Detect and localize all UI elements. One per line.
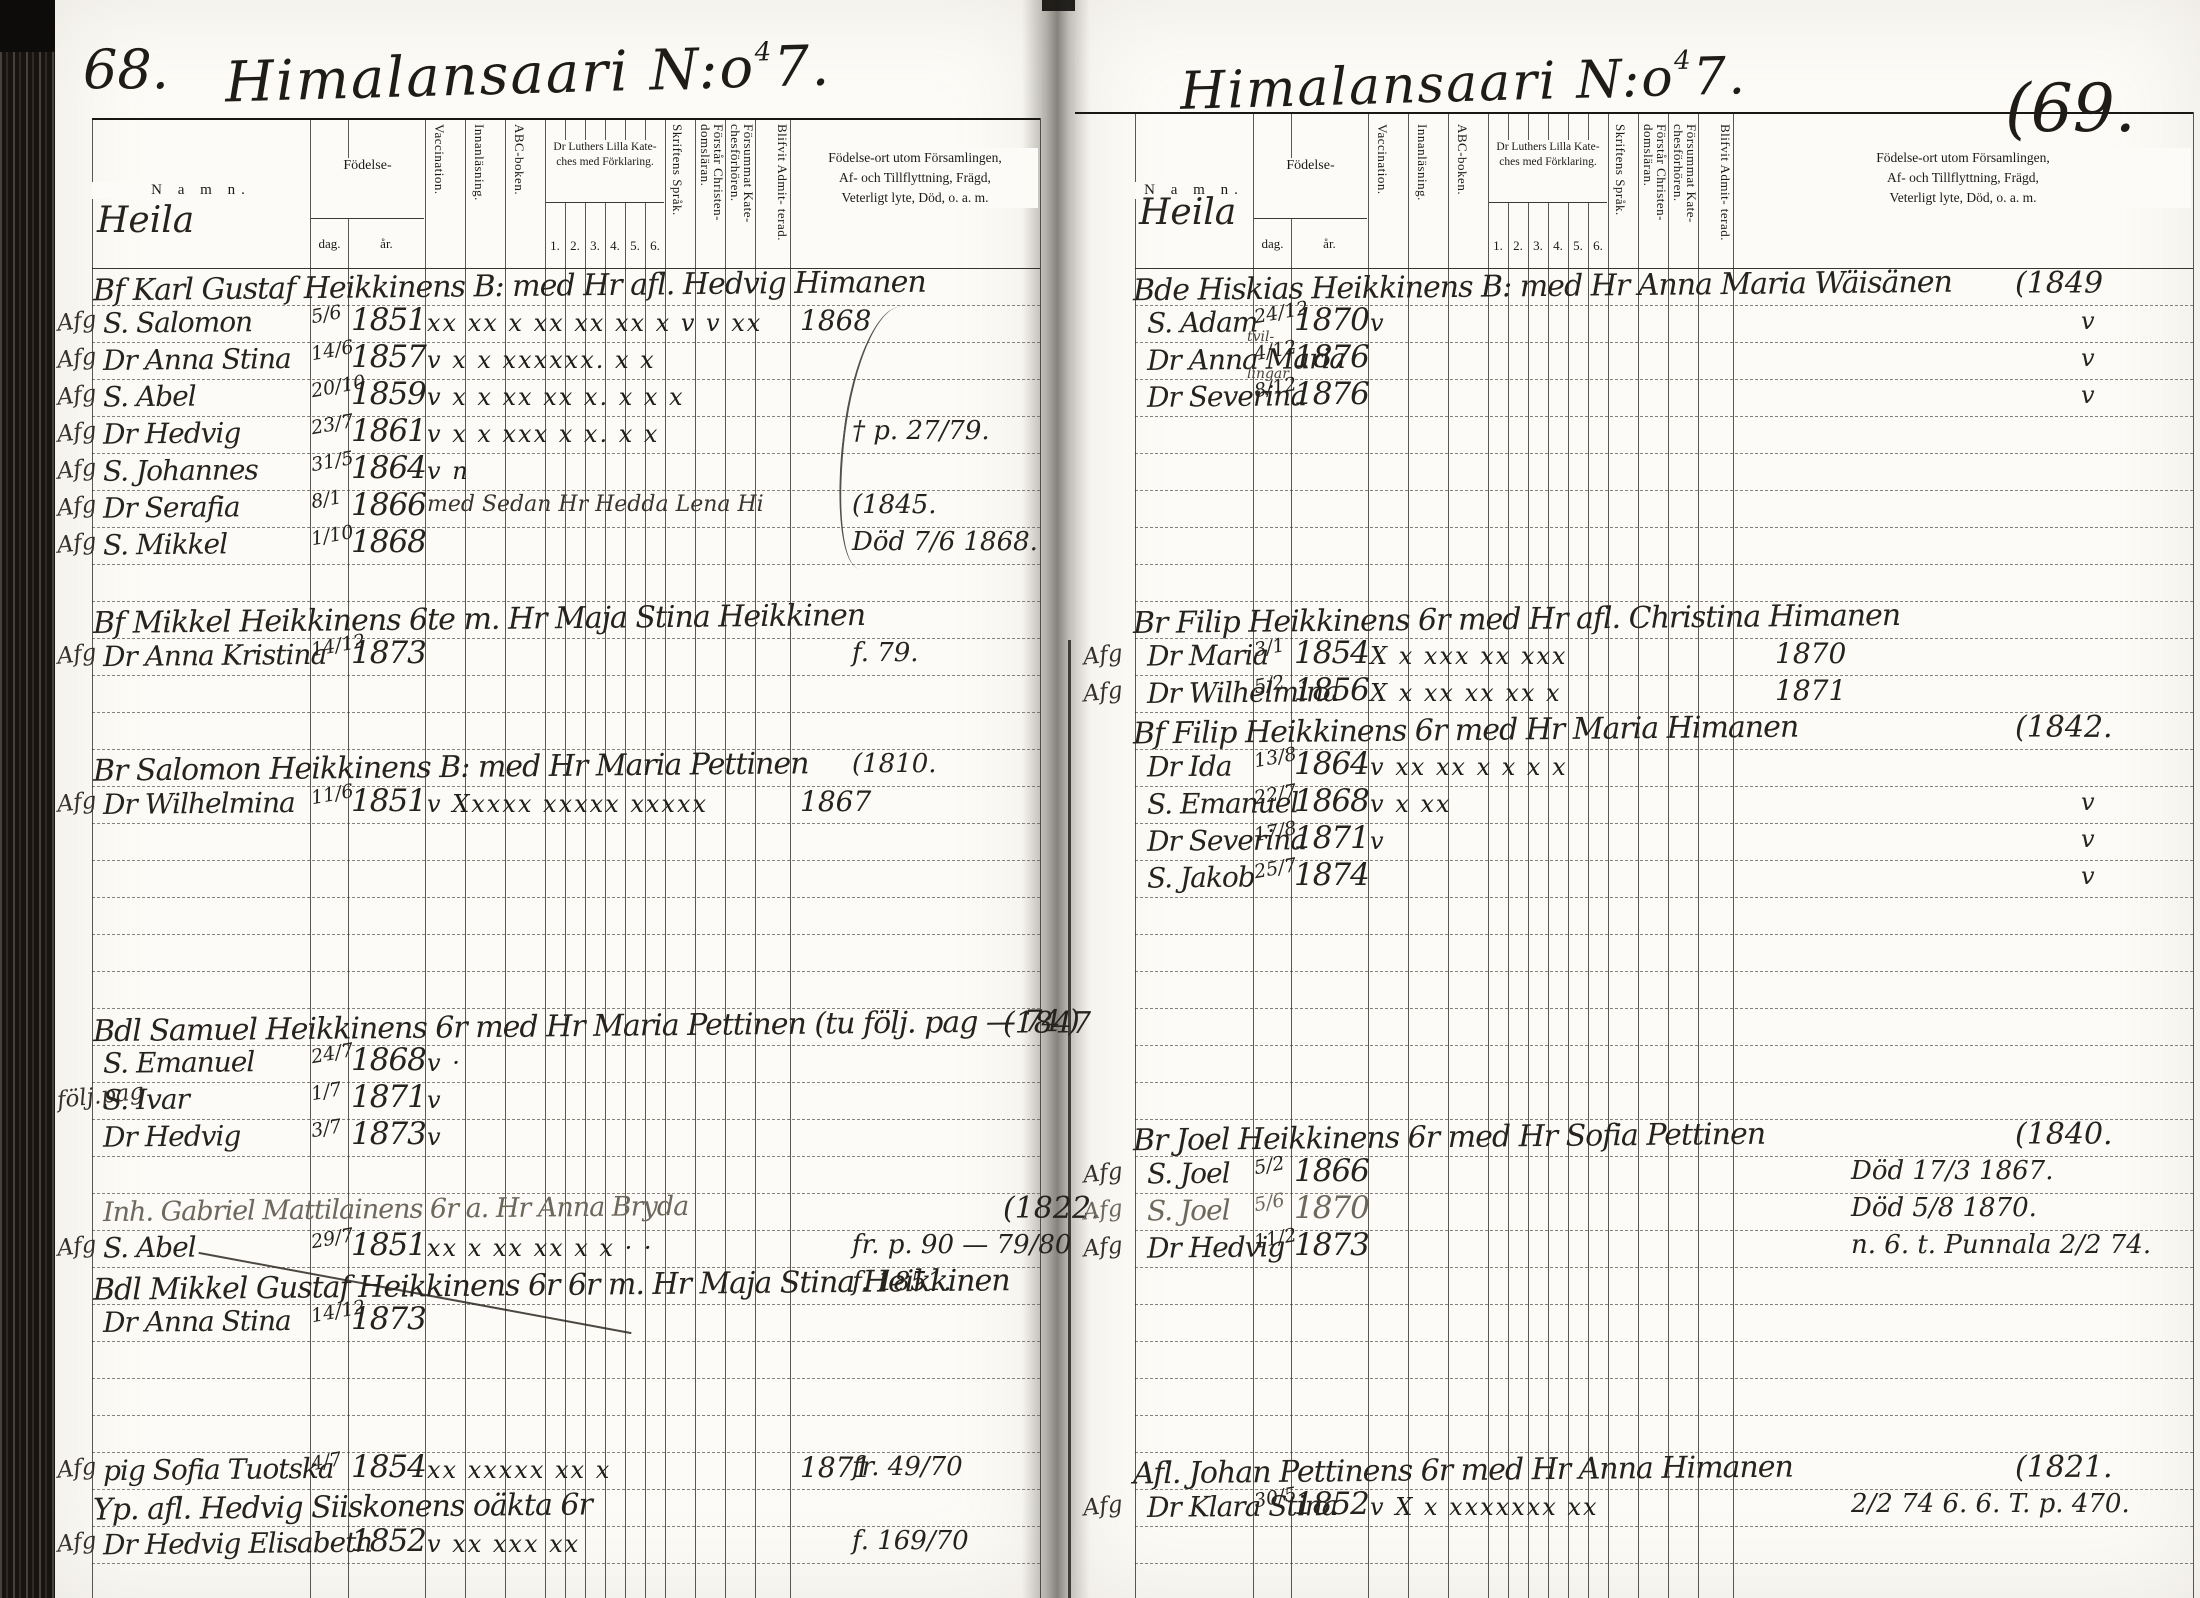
row-rule bbox=[1135, 1563, 2193, 1564]
village-name: Heila bbox=[97, 200, 194, 241]
birth-year: 1868 bbox=[351, 524, 426, 560]
person-name: Dr Maria bbox=[1147, 638, 1268, 672]
row-rule bbox=[92, 897, 1040, 898]
col-header-fodelse: Födelse- bbox=[311, 158, 424, 219]
record-row: Dr Anna Stina 14/12 1873 bbox=[55, 1304, 1042, 1341]
scanned-church-record-spread: 68. Himalansaari N:o47. Heila N a m n. F… bbox=[0, 0, 2200, 1598]
page-title-sup: 4 bbox=[754, 37, 773, 68]
col-header-dag: dag. bbox=[1254, 236, 1291, 252]
exam-marks: v bbox=[1370, 827, 1740, 855]
birth-year: 1874 bbox=[1294, 857, 1369, 893]
margin-note: följ.pag bbox=[56, 1084, 93, 1113]
col-header-forstar: Förstår Christen- domsläran. bbox=[697, 124, 725, 266]
exam-marks: xx xx x xx xx xx x v v xx bbox=[427, 309, 797, 337]
row-rule bbox=[1135, 971, 2193, 972]
col-header-remarks: Födelse-ort utom Församlingen, Af- och T… bbox=[1735, 148, 2191, 208]
col-header-forsummat: Försummat Kate- chesförhören. bbox=[1670, 124, 1698, 266]
birth-year: 1870 bbox=[1294, 1190, 1369, 1226]
col-header-innanlasning: Innanläsning. bbox=[473, 124, 486, 266]
table-top-rule bbox=[92, 118, 1040, 120]
col-header-blifvit: Blifvit Admit- terad. bbox=[1702, 124, 1732, 266]
remark-year: 1871 bbox=[1775, 674, 1846, 707]
margin-note: Afg bbox=[56, 492, 93, 521]
col-header-abc-boken: ABC-boken. bbox=[1456, 124, 1469, 266]
record-row: Afg S. Johannes 31/5 1864 v n bbox=[55, 453, 1042, 490]
remarks-line1: Födelse-ort utom Församlingen, bbox=[828, 150, 1002, 165]
far-right-note: (1847 bbox=[1003, 1006, 1091, 1041]
exam-marks: v xx xx x x x x bbox=[1370, 753, 1740, 781]
record-row: Br Joel Heikkinens 6r med Hr Sofia Petti… bbox=[1075, 1119, 2200, 1156]
birth-day: 23/7 bbox=[309, 411, 350, 439]
person-name: Br Joel Heikkinens 6r med Hr Sofia Petti… bbox=[1133, 1117, 1765, 1159]
remark-note: n. 6. t. Punnala 2/2 74. bbox=[1851, 1230, 2151, 1260]
exam-marks: v x x xxxxxx. x x bbox=[427, 346, 797, 374]
row-rule bbox=[92, 1415, 1040, 1416]
record-row: Dr Severina lingar 8/12 1876 v bbox=[1075, 379, 2200, 416]
record-row: Br Filip Heikkinens 6r med Hr afl. Chris… bbox=[1075, 601, 2200, 638]
check-mark: v bbox=[2081, 344, 2095, 372]
exam-marks: xx x xx xx x x · · bbox=[427, 1234, 797, 1262]
check-mark: v bbox=[2081, 381, 2095, 409]
record-row: Afg Dr Hedvig 11/2 1873 n. 6. t. Punnala… bbox=[1075, 1230, 2200, 1267]
far-right-note: (1842. bbox=[2015, 710, 2113, 745]
record-row: Afg S. Mikkel 1/10 1868 Död 7/6 1868. bbox=[55, 527, 1042, 564]
remark-note: f. 79. bbox=[852, 638, 919, 668]
birth-year: 1864 bbox=[1294, 746, 1369, 782]
person-name: Bde Hiskias Heikkinens B: med Hr Anna Ma… bbox=[1133, 265, 1952, 309]
person-name: S. Abel bbox=[103, 380, 196, 414]
margin-note: Afg bbox=[56, 381, 93, 410]
row-rule bbox=[92, 712, 1040, 713]
page-title: Himalansaari N:o47. bbox=[224, 34, 832, 116]
margin-note: Afg bbox=[56, 640, 93, 669]
col-header-k4: 4. bbox=[1548, 238, 1568, 254]
person-name: S. Ivar bbox=[103, 1083, 189, 1117]
col-header-k2: 2. bbox=[1508, 238, 1528, 254]
person-name: Br Filip Heikkinens 6r med Hr afl. Chris… bbox=[1133, 598, 1900, 641]
col-header-k1: 1. bbox=[545, 238, 565, 254]
birth-year: 1851 bbox=[351, 302, 426, 338]
record-row: Dr Severina 17/8 1871 v v bbox=[1075, 823, 2200, 860]
row-rule bbox=[1135, 1045, 2193, 1046]
row-rule bbox=[1135, 490, 2193, 491]
col-header-ar: år. bbox=[1292, 236, 1367, 252]
margin-note: Afg bbox=[1082, 1158, 1132, 1189]
row-rule bbox=[1135, 1341, 2193, 1342]
record-row: Afg pig Sofia Tuotska 4/7 1854 xx xxxxx … bbox=[55, 1452, 1042, 1489]
birth-year: 1873 bbox=[351, 1301, 426, 1337]
row-rule bbox=[1135, 527, 2193, 528]
person-name: Bdl Samuel Heikkinens 6r med Hr Maria Pe… bbox=[93, 1004, 1079, 1049]
birth-day: 24/7 bbox=[309, 1040, 350, 1068]
row-rule bbox=[92, 971, 1040, 972]
margin-note: Afg bbox=[56, 529, 93, 558]
person-name: Inh. Gabriel Mattilainens 6r a. Hr Anna … bbox=[103, 1191, 689, 1228]
page-right: Himalansaari N:o47. (69. Heila N a m n. … bbox=[1075, 0, 2200, 1598]
row-rule bbox=[92, 1341, 1040, 1342]
birth-day: 20/10 bbox=[309, 374, 350, 402]
page-title-sup: 4 bbox=[1674, 46, 1693, 77]
row-rule bbox=[92, 1156, 1040, 1157]
birth-year: 1859 bbox=[351, 376, 426, 412]
col-header-abc-boken: ABC-boken. bbox=[513, 124, 526, 266]
record-row: Bf Mikkel Heikkinens 6te m. Hr Maja Stin… bbox=[55, 601, 1042, 638]
margin-note: Afg bbox=[56, 344, 93, 373]
check-mark: v bbox=[2081, 825, 2095, 853]
col-header-ar: år. bbox=[349, 236, 424, 252]
record-row: S. Jakob 25/7 1874 v bbox=[1075, 860, 2200, 897]
record-row: S. Adam 24/12 1870 v v bbox=[1075, 305, 2200, 342]
row-rule bbox=[1135, 897, 2193, 898]
person-name: Dr Hedvig bbox=[103, 416, 241, 450]
check-mark: v bbox=[2081, 307, 2095, 335]
col-header-dag: dag. bbox=[311, 236, 348, 252]
col-header-k3: 3. bbox=[1528, 238, 1548, 254]
remark-year: 1870 bbox=[1775, 637, 1846, 670]
exam-marks: v bbox=[427, 1086, 797, 1114]
birth-day: 11/2 bbox=[1252, 1225, 1293, 1253]
person-name: Dr Anna Stina bbox=[103, 342, 291, 377]
margin-note: Afg bbox=[56, 418, 93, 447]
person-name: S. Emanuel bbox=[103, 1045, 255, 1080]
row-rule bbox=[1135, 564, 2193, 565]
remarks-line2: Af- och Tillflyttning, Frägd, bbox=[839, 170, 991, 185]
person-name: S. Abel bbox=[103, 1231, 196, 1265]
col-header-kateches: Dr Luthers Lilla Kate- ches med Förklari… bbox=[546, 140, 664, 203]
person-name: pig Sofia Tuotska bbox=[103, 1452, 334, 1487]
margin-note: Afg bbox=[56, 788, 93, 817]
birth-year: 1876 bbox=[1294, 376, 1369, 412]
birth-year: 1852 bbox=[1294, 1486, 1369, 1522]
person-name: Bf Karl Gustaf Heikkinens B: med Hr afl.… bbox=[93, 265, 926, 309]
col-header-forstar: Förstår Christen- domsläran. bbox=[1640, 124, 1668, 266]
row-rule bbox=[1135, 1378, 2193, 1379]
birth-day: 3/1 bbox=[1252, 633, 1293, 661]
record-row: Dr Hedvig 3/7 1873 v bbox=[55, 1119, 1042, 1156]
record-row: Inh. Gabriel Mattilainens 6r a. Hr Anna … bbox=[55, 1193, 1042, 1230]
far-right-note: (1849 bbox=[2015, 266, 2103, 301]
birth-day: 14/6 bbox=[309, 337, 350, 365]
col-header-k5: 5. bbox=[625, 238, 645, 254]
birth-year: 1873 bbox=[351, 1116, 426, 1152]
record-row: Yp. afl. Hedvig Siiskonens oäkta 6r bbox=[55, 1489, 1042, 1526]
birth-day: 31/5 bbox=[309, 448, 350, 476]
page-number: 68. bbox=[83, 38, 169, 101]
kateches-line2: ches med Förklaring. bbox=[556, 156, 653, 168]
kateches-line1: Dr Luthers Lilla Kate- bbox=[553, 141, 656, 153]
check-mark: v bbox=[2081, 862, 2095, 890]
birth-year: 1868 bbox=[351, 1042, 426, 1078]
village-name: Heila bbox=[1139, 192, 1236, 233]
margin-note: Afg bbox=[56, 1528, 93, 1557]
record-row: Afg Dr Wilhelmina 11/6 1851 v Xxxxx xxxx… bbox=[55, 786, 1042, 823]
birth-year: 1873 bbox=[1294, 1227, 1369, 1263]
record-row: Afg Dr Anna Kristina 14/12 1873 f. 79. bbox=[55, 638, 1042, 675]
record-row: Dr Anna Maria tvil- 4/12 1876 v bbox=[1075, 342, 2200, 379]
row-rule bbox=[1135, 1082, 2193, 1083]
record-row: S. Emanuel 22/7 1868 v x xx v bbox=[1075, 786, 2200, 823]
birth-day: 25/7 bbox=[1252, 855, 1293, 883]
row-rule bbox=[1135, 1304, 2193, 1305]
birth-year: 1871 bbox=[1294, 820, 1369, 856]
record-row: Afg S. Joel 5/2 1866 Död 17/3 1867. bbox=[1075, 1156, 2200, 1193]
remarks-line3: Veterligt lyte, Död, o. a. m. bbox=[842, 190, 989, 205]
row-rule bbox=[92, 675, 1040, 676]
margin-note: Afg bbox=[1082, 1232, 1132, 1263]
margin-note: Afg bbox=[1082, 1195, 1132, 1226]
col-header-k3: 3. bbox=[585, 238, 605, 254]
kateches-line2: ches med Förklaring. bbox=[1499, 156, 1596, 168]
inline-note: med Sedan Hr Hedda Lena Hi bbox=[427, 492, 764, 517]
person-name: Bf Filip Heikkinens 6r med Hr Maria Hima… bbox=[1133, 710, 1799, 752]
row-rule bbox=[92, 823, 1040, 824]
birth-year: 1851 bbox=[351, 1227, 426, 1263]
person-name: Dr Serafia bbox=[103, 490, 240, 524]
row-rule bbox=[1135, 1267, 2193, 1268]
remark-year: 1868 bbox=[800, 304, 871, 337]
exam-marks: v x xx bbox=[1370, 790, 1740, 818]
record-row: Afl. Johan Pettinens 6r med Hr Anna Hima… bbox=[1075, 1452, 2200, 1489]
page-number: (69. bbox=[2005, 70, 2136, 147]
person-name: S. Salomon bbox=[103, 305, 252, 340]
birth-day: 5/2 bbox=[1252, 1151, 1293, 1179]
person-name: Dr Wilhelmina bbox=[103, 786, 295, 821]
col-header-vaccination: Vaccination. bbox=[433, 124, 446, 266]
record-row: Afg Dr Maria 3/1 1854 X x xxx xx xxx 187… bbox=[1075, 638, 2200, 675]
col-header-k6: 6. bbox=[645, 238, 665, 254]
record-row: Bde Hiskias Heikkinens B: med Hr Anna Ma… bbox=[1075, 268, 2200, 305]
row-rule bbox=[92, 1563, 1040, 1564]
remark-note: Död 17/3 1867. bbox=[1851, 1156, 2054, 1186]
margin-note: Afg bbox=[56, 1232, 93, 1261]
remark-note: (1845. bbox=[852, 490, 937, 520]
page-title-text: Himalansaari N:o bbox=[1179, 48, 1675, 122]
remark-note: 2/2 74 6. 6. T. p. 470. bbox=[1851, 1489, 2130, 1519]
birth-day: 14/12 bbox=[309, 1299, 350, 1327]
person-name: S. Johannes bbox=[103, 453, 258, 488]
exam-marks: xx xxxxx xx x bbox=[427, 1456, 797, 1484]
record-row: Afg Dr Serafia 8/1 1866 med Sedan Hr Hed… bbox=[55, 490, 1042, 527]
birth-year: 1856 bbox=[1294, 672, 1369, 708]
col-header-remarks: Födelse-ort utom Församlingen, Af- och T… bbox=[792, 148, 1038, 208]
remark-note: † p. 27/79. bbox=[852, 416, 990, 446]
col-header-fodelse: Födelse- bbox=[1254, 158, 1367, 219]
record-row: Afg Dr Anna Stina 14/6 1857 v x x xxxxxx… bbox=[55, 342, 1042, 379]
birth-year: 1864 bbox=[351, 450, 426, 486]
birth-year: 1873 bbox=[351, 635, 426, 671]
kateches-line1: Dr Luthers Lilla Kate- bbox=[1496, 141, 1599, 153]
person-name: S. Joel bbox=[1147, 1157, 1230, 1191]
col-header-k2: 2. bbox=[565, 238, 585, 254]
page-title: Himalansaari N:o47. bbox=[1179, 44, 1747, 122]
birth-day: 8/1 bbox=[309, 485, 350, 513]
birth-day: 1/10 bbox=[309, 522, 350, 550]
col-header-forsummat: Försummat Kate- chesförhören. bbox=[727, 124, 755, 266]
birth-year: 1851 bbox=[351, 783, 426, 819]
exam-marks: v Xxxxx xxxxx xxxxx bbox=[427, 790, 797, 818]
remark-year: 1867 bbox=[800, 785, 871, 818]
exam-marks: v bbox=[1370, 309, 1740, 337]
birth-year: 1866 bbox=[351, 487, 426, 523]
person-name: S. Joel bbox=[1147, 1194, 1230, 1228]
person-name: S. Mikkel bbox=[103, 527, 227, 561]
col-header-skriftens-sprak: Skriftens Språk. bbox=[1614, 124, 1627, 266]
birth-day: 29/7 bbox=[309, 1225, 350, 1253]
record-row: S. Emanuel 24/7 1868 v · bbox=[55, 1045, 1042, 1082]
person-name: Dr Anna Stina bbox=[103, 1304, 291, 1339]
record-row: Bf Filip Heikkinens 6r med Hr Maria Hima… bbox=[1075, 712, 2200, 749]
record-row: Afg S. Abel 29/7 1851 xx x xx xx x x · ·… bbox=[55, 1230, 1042, 1267]
person-name: Dr Hedvig bbox=[103, 1119, 241, 1153]
margin-note: Afg bbox=[1082, 640, 1132, 671]
record-row: Afg Dr Hedvig 23/7 1861 v x x xxx x x. x… bbox=[55, 416, 1042, 453]
exam-marks: v x x xxx x x. x x bbox=[427, 420, 797, 448]
col-header-skriftens-sprak: Skriftens Språk. bbox=[671, 124, 684, 266]
row-rule bbox=[1135, 453, 2193, 454]
margin-note: Afg bbox=[56, 455, 93, 484]
margin-note: Afg bbox=[1082, 677, 1132, 708]
remarks-line2: Af- och Tillflyttning, Frägd, bbox=[1887, 170, 2039, 185]
remark-note: Död 7/6 1868. bbox=[852, 527, 1038, 557]
birth-day: 24/12 bbox=[1252, 300, 1293, 328]
birth-year: 1866 bbox=[1294, 1153, 1369, 1189]
birth-year: 1871 bbox=[351, 1079, 426, 1115]
birth-year: 1868 bbox=[1294, 783, 1369, 819]
exam-marks: v xx xxx xx bbox=[427, 1530, 797, 1558]
col-header-blifvit: Blifvit Admit- terad. bbox=[759, 124, 789, 266]
person-name: Bf Mikkel Heikkinens 6te m. Hr Maja Stin… bbox=[93, 598, 865, 641]
exam-marks: v bbox=[427, 1123, 797, 1151]
remark-note: Död 5/8 1870. bbox=[1851, 1193, 2037, 1223]
birth-year: 1854 bbox=[351, 1449, 426, 1485]
person-name: Dr Anna Kristina bbox=[103, 638, 327, 673]
exam-marks: X x xx xx xx x bbox=[1370, 679, 1740, 707]
row-rule bbox=[1135, 1526, 2193, 1527]
person-name: S. Jakob bbox=[1147, 860, 1255, 894]
check-mark: v bbox=[2081, 788, 2095, 816]
remarks-line3: Veterligt lyte, Död, o. a. m. bbox=[1890, 190, 2037, 205]
birth-day: 3/7 bbox=[309, 1114, 350, 1142]
record-row: Afg S. Abel 20/10 1859 v x x xx xx x. x … bbox=[55, 379, 1042, 416]
birth-day: 13/8 bbox=[1252, 744, 1293, 772]
record-row: följ.pag S. Ivar 1/7 1871 v bbox=[55, 1082, 1042, 1119]
book-edge-texture bbox=[0, 0, 55, 1598]
page-left: 68. Himalansaari N:o47. Heila N a m n. F… bbox=[55, 0, 1042, 1598]
page-title-number: 7. bbox=[773, 34, 832, 101]
person-name: Dr Hedvig Elisabeth bbox=[103, 1526, 373, 1562]
margin-note: Afg bbox=[56, 307, 93, 336]
row-rule bbox=[1135, 1008, 2193, 1009]
remark-note: fr. 49/70 bbox=[852, 1452, 963, 1482]
birth-year: 1876 bbox=[1294, 339, 1369, 375]
exam-marks: X x xxx xx xxx bbox=[1370, 642, 1740, 670]
exam-marks: v X x xxxxxxx xx bbox=[1370, 1493, 1740, 1521]
page-title-text: Himalansaari N:o bbox=[224, 36, 756, 116]
row-rule bbox=[92, 1378, 1040, 1379]
col-header-vaccination: Vaccination. bbox=[1376, 124, 1389, 266]
margin-note: Afg bbox=[1082, 1491, 1132, 1522]
remarks-line1: Födelse-ort utom Församlingen, bbox=[1876, 150, 2050, 165]
row-rule bbox=[1135, 416, 2193, 417]
exam-marks: v n bbox=[427, 457, 797, 485]
birth-day: 5/6 bbox=[1252, 1188, 1293, 1216]
col-header-k6: 6. bbox=[1588, 238, 1608, 254]
birth-year: 1852 bbox=[351, 1523, 426, 1559]
col-header-k1: 1. bbox=[1488, 238, 1508, 254]
birth-day: 5/6 bbox=[309, 300, 350, 328]
page-title-number: 7. bbox=[1692, 46, 1747, 107]
col-header-namn: N a m n. bbox=[92, 182, 310, 199]
col-header-innanlasning: Innanläsning. bbox=[1416, 124, 1429, 266]
record-row: Afg S. Salomon 5/6 1851 xx xx x xx xx xx… bbox=[55, 305, 1042, 342]
record-row: Afg S. Joel 5/6 1870 Död 5/8 1870. bbox=[1075, 1193, 2200, 1230]
record-row: Afg Dr Wilhelmina 5/2 1856 X x xx xx xx … bbox=[1075, 675, 2200, 712]
remark-note: fr. p. 90 — 79/80 bbox=[852, 1230, 1071, 1260]
row-rule bbox=[92, 860, 1040, 861]
birth-year: 1870 bbox=[1294, 302, 1369, 338]
col-header-k4: 4. bbox=[605, 238, 625, 254]
far-right-note: (1840. bbox=[2015, 1117, 2113, 1152]
book-gutter-line bbox=[1068, 640, 1071, 1598]
remark-note: (1810. bbox=[852, 749, 937, 779]
remark-note: f. 169/70 bbox=[852, 1526, 969, 1556]
person-name: Yp. afl. Hedvig Siiskonens oäkta 6r bbox=[93, 1487, 592, 1527]
person-name: Afl. Johan Pettinens 6r med Hr Anna Hima… bbox=[1133, 1450, 1793, 1492]
exam-marks: v x x xx xx x. x x x bbox=[427, 383, 797, 411]
record-row: Bdl Samuel Heikkinens 6r med Hr Maria Pe… bbox=[55, 1008, 1042, 1045]
col-header-k5: 5. bbox=[1568, 238, 1588, 254]
record-row: Bf Karl Gustaf Heikkinens B: med Hr afl.… bbox=[55, 268, 1042, 305]
row-rule bbox=[1135, 1415, 2193, 1416]
row-rule bbox=[1135, 934, 2193, 935]
record-row: Afg Dr Hedvig Elisabeth 1852 v xx xxx xx… bbox=[55, 1526, 1042, 1563]
birth-year: 1861 bbox=[351, 413, 426, 449]
exam-marks: v · bbox=[427, 1049, 797, 1077]
person-name: S. Adam bbox=[1147, 305, 1258, 339]
record-row: Bdl Mikkel Gustaf Heikkinens 6r 6r m. Hr… bbox=[55, 1267, 1042, 1304]
person-name: Br Salomon Heikkinens B: med Hr Maria Pe… bbox=[93, 746, 809, 788]
birth-day: 11/6 bbox=[309, 781, 350, 809]
row-rule bbox=[92, 934, 1040, 935]
margin-note: Afg bbox=[56, 1454, 93, 1483]
birth-year: 1857 bbox=[351, 339, 426, 375]
person-name: Dr Ida bbox=[1147, 750, 1232, 784]
far-right-note: (1821. bbox=[2015, 1450, 2113, 1485]
record-row: Br Salomon Heikkinens B: med Hr Maria Pe… bbox=[55, 749, 1042, 786]
record-row: Dr Ida 13/8 1864 v xx xx x x x x bbox=[1075, 749, 2200, 786]
birth-year: 1854 bbox=[1294, 635, 1369, 671]
birth-day: 1/7 bbox=[309, 1077, 350, 1105]
col-header-kateches: Dr Luthers Lilla Kate- ches med Förklari… bbox=[1489, 140, 1607, 203]
remark-note: f. 1851. bbox=[852, 1267, 952, 1297]
record-row: Afg Dr Klara Stina 30/5 1852 v X x xxxxx… bbox=[1075, 1489, 2200, 1526]
